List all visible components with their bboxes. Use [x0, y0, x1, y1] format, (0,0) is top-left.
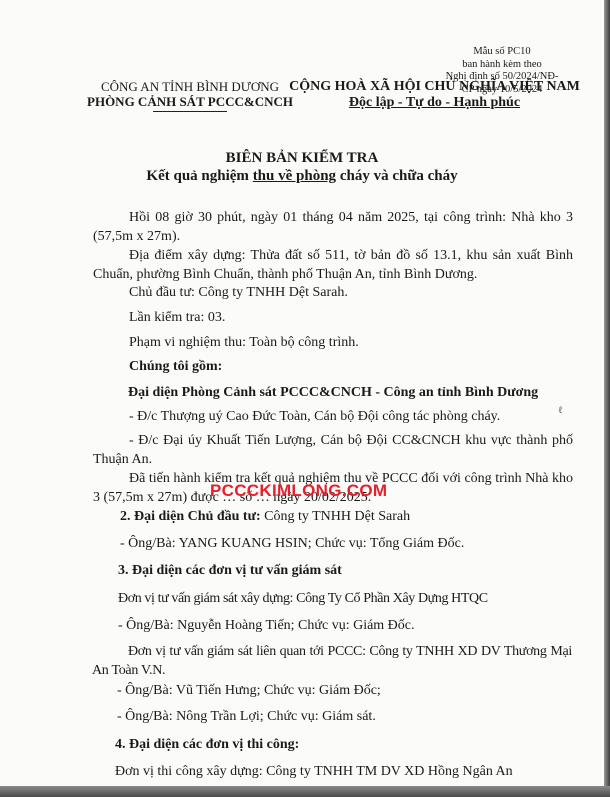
issuing-agency: CÔNG AN TỈNH BÌNH DƯƠNG PHÒNG CẢNH SÁT P…: [70, 79, 310, 112]
investor-name: Công ty TNHH Dệt Sarah: [261, 509, 410, 524]
consultant-fire: Đơn vị tư vấn giám sát liên quan tới PCC…: [92, 642, 572, 680]
document-page: Mẫu số PC10 ban hành kèm theo Nghị định …: [0, 0, 604, 786]
agency-name: PHÒNG CẢNH SÁT PCCC&CNCH: [70, 94, 310, 109]
country-name: CỘNG HOÀ XÃ HỘI CHỦ NGHĨA VIỆT NAM: [282, 79, 587, 95]
consultant-construction: Đơn vị tư vấn giám sát xây dựng: Công Ty…: [118, 589, 578, 608]
investor-heading: 2. Đại diện Chủ đầu tư:: [120, 509, 261, 524]
consultant-fire-person: - Ông/Bà: Nông Trần Lợi; Chức vụ: Giám s…: [117, 707, 577, 726]
form-note-line: ban hành kèm theo: [432, 59, 572, 72]
national-header: CỘNG HOÀ XÃ HỘI CHỦ NGHĨA VIỆT NAM Độc l…: [282, 79, 587, 111]
paragraph-inspection-number: Lần kiểm tra: 03.: [129, 308, 569, 327]
paragraph-time: Hồi 08 giờ 30 phút, ngày 01 tháng 04 năm…: [93, 208, 573, 246]
watermark: PCCCKIMLONG.COM: [210, 481, 387, 501]
scan-mark: ℓ: [558, 405, 563, 416]
contractor-heading: 4. Đại diện các đơn vị thi công:: [115, 735, 575, 754]
national-motto: Độc lập - Tự do - Hạnh phúc: [282, 95, 587, 111]
subtitle-part: cháy và chữa cháy: [336, 168, 458, 184]
paragraph-location: Địa điểm xây dựng: Thửa đất số 511, tờ b…: [93, 246, 573, 284]
form-note-line: Mẫu số PC10: [432, 46, 572, 59]
agency-underline: [153, 111, 227, 112]
police-representatives-heading: Đại diện Phòng Cảnh sát PCCC&CNCH - Công…: [128, 383, 578, 402]
police-representative: - Đ/c Thượng uý Cao Đức Toàn, Cán bộ Đội…: [129, 407, 569, 426]
paragraph-investor: Chủ đầu tư: Công ty TNHH Dệt Sarah.: [129, 283, 569, 302]
investor-representative: 2. Đại diện Chủ đầu tư: Công ty TNHH Dệt…: [120, 507, 580, 526]
agency-parent: CÔNG AN TỈNH BÌNH DƯƠNG: [70, 79, 310, 94]
police-representative: - Đ/c Đại úy Khuất Tiến Lượng, Cán bộ Độ…: [93, 431, 573, 469]
investor-person: - Ông/Bà: YANG KUANG HSIN; Chức vụ: Tổng…: [120, 534, 580, 553]
contractor: Đơn vị thi công xây dựng: Công ty TNHH T…: [115, 762, 575, 781]
consultant-construction-person: - Ông/Bà: Nguyễn Hoàng Tiến; Chức vụ: Gi…: [118, 616, 578, 635]
scan-edge-bottom: [0, 786, 610, 797]
subtitle-underlined: thu về phòng: [253, 168, 336, 184]
consultant-heading: 3. Đại diện các đơn vị tư vấn giám sát: [118, 561, 578, 580]
document-title: BIÊN BẢN KIỂM TRA: [0, 149, 604, 167]
scan-edge-right: [604, 0, 610, 797]
document-subtitle: Kết quả nghiệm thu về phòng cháy và chữa…: [0, 167, 604, 185]
section-we-include: Chúng tôi gồm:: [129, 357, 569, 376]
consultant-fire-person: - Ông/Bà: Vũ Tiến Hưng; Chức vụ: Giám Đố…: [117, 681, 577, 700]
subtitle-part: Kết quả nghiệm: [146, 168, 252, 184]
paragraph-scope: Phạm vi nghiệm thu: Toàn bộ công trình.: [129, 333, 569, 352]
